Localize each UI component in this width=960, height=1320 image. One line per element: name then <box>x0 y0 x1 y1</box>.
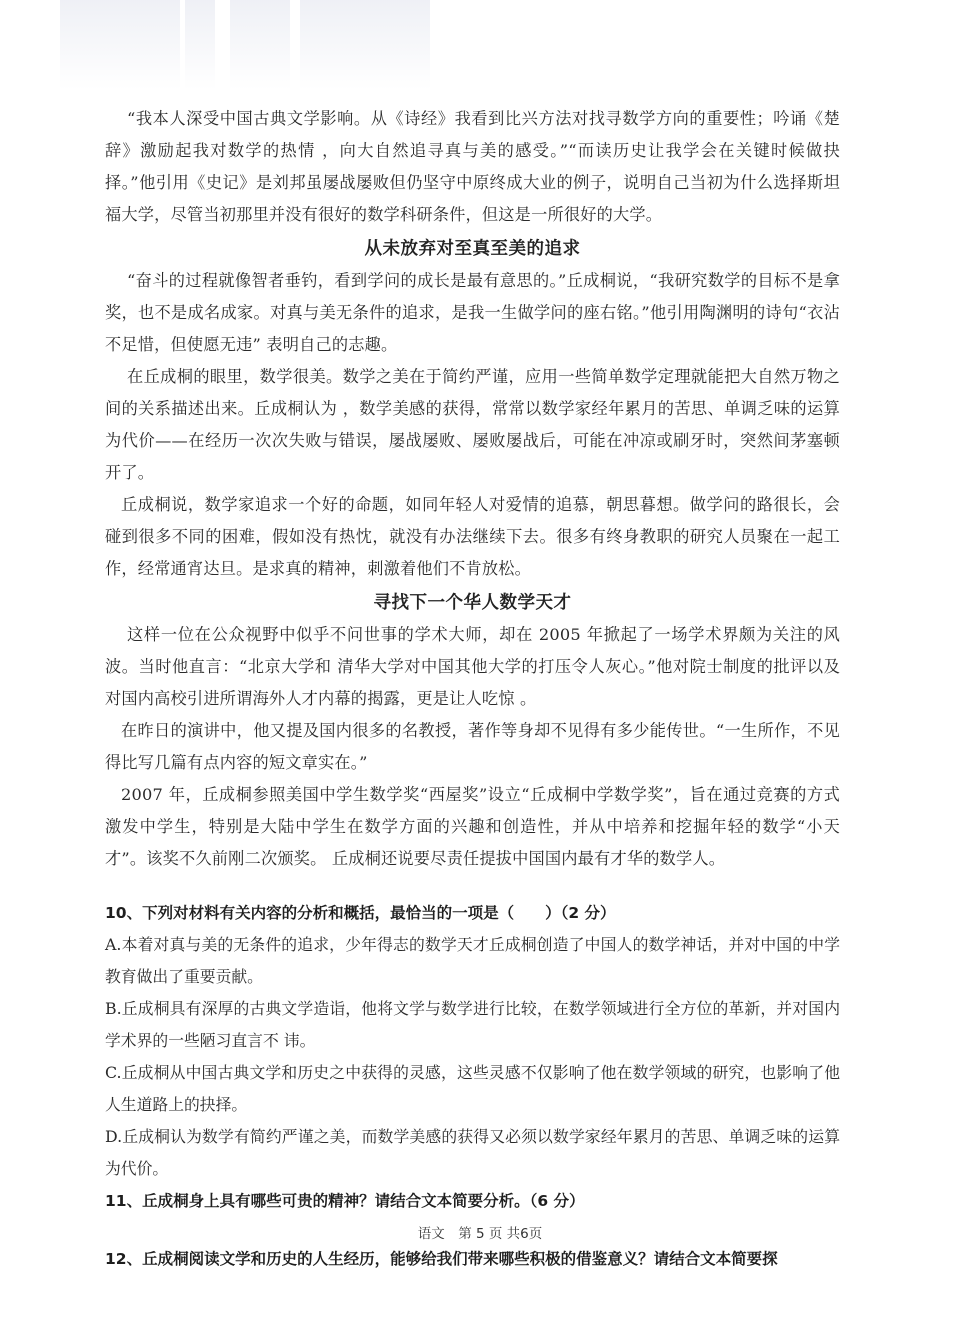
question-11: 11、丘成桐身上具有哪些可贵的精神？请结合文本简要分析。（6 分） <box>105 1185 840 1217</box>
scan-artifact <box>300 0 430 90</box>
section-heading: 从未放弃对至真至美的追求 <box>105 233 840 265</box>
exam-page: “我本人深受中国古典文学影响。从《诗经》我看到比兴方法对找寻数学方向的重要性；吟… <box>105 103 840 1275</box>
paragraph: 这样一位在公众视野中似乎不问世事的学术大师，却在 2005 年掀起了一场学术界颇… <box>105 619 840 715</box>
scan-artifact <box>60 0 180 90</box>
question-10: 10、下列对材料有关内容的分析和概括，最恰当的一项是（ ）（2 分） A.本着对… <box>105 897 840 1185</box>
paragraph: “我本人深受中国古典文学影响。从《诗经》我看到比兴方法对找寻数学方向的重要性；吟… <box>105 103 840 231</box>
page-footer: 语文 第 5 页 共6页 <box>0 1222 960 1242</box>
scan-artifact <box>230 0 290 90</box>
option-d: D.丘成桐认为数学有简约严谨之美，而数学美感的获得又必须以数学家经年累月的苦思、… <box>105 1121 840 1185</box>
spacer <box>105 875 840 897</box>
paragraph: 2007 年，丘成桐参照美国中学生数学奖“西屋奖”设立“丘成桐中学数学奖”，旨在… <box>105 779 840 875</box>
option-c: C.丘成桐从中国古典文学和历史之中获得的灵感，这些灵感不仅影响了他在数学领域的研… <box>105 1057 840 1121</box>
question-stem: 10、下列对材料有关内容的分析和概括，最恰当的一项是（ ）（2 分） <box>105 897 840 929</box>
paragraph: 在丘成桐的眼里，数学很美。数学之美在于简约严谨，应用一些简单数学定理就能把大自然… <box>105 361 840 489</box>
question-12: 12、丘成桐阅读文学和历史的人生经历，能够给我们带来哪些积极的借鉴意义？请结合文… <box>105 1243 840 1275</box>
paragraph: 在昨日的演讲中，他又提及国内很多的名教授，著作等身却不见得有多少能传世。“一生所… <box>105 715 840 779</box>
paragraph: “奋斗的过程就像智者垂钓，看到学问的成长是最有意思的。”丘成桐说，“我研究数学的… <box>105 265 840 361</box>
option-b: B.丘成桐具有深厚的古典文学造诣，他将文学与数学进行比较，在数学领域进行全方位的… <box>105 993 840 1057</box>
option-a: A.本着对真与美的无条件的追求，少年得志的数学天才丘成桐创造了中国人的数学神话，… <box>105 929 840 993</box>
paragraph: 丘成桐说，数学家追求一个好的命题，如同年轻人对爱情的追慕，朝思暮想。做学问的路很… <box>105 489 840 585</box>
scan-artifact <box>185 0 215 90</box>
section-heading: 寻找下一个华人数学天才 <box>105 587 840 619</box>
